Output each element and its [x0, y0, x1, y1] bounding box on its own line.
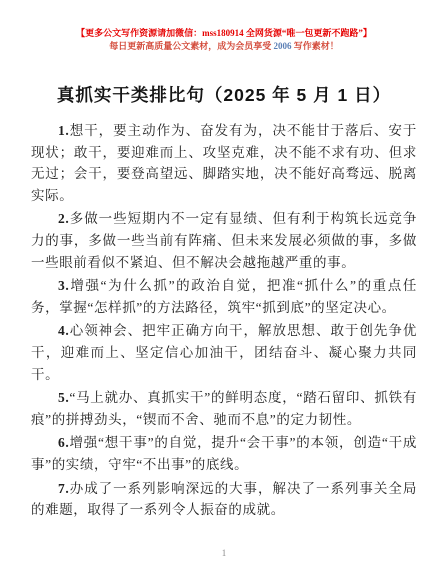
watermark-line2: 每日更新高质量公文素材，成为会员享受 2006 写作素材！: [0, 40, 448, 53]
paragraph-1-number: 1.: [58, 123, 69, 138]
paragraph-3-text: 增强“为什么抓”的政治自觉，把准“抓什么”的重点任务，掌握“怎样抓”的方法路径，…: [31, 278, 417, 315]
paragraph-6: 6.增强“想干事”的自觉，提升“会干事”的本领，创造“干成事”的实绩，守牢“不出…: [31, 432, 417, 475]
paragraph-7-number: 7.: [58, 481, 69, 496]
paragraph-4-text: 心领神会、把牢正确方向干，解放思想、敢于创先争优干，迎难而上、坚定信心加油干，团…: [31, 323, 417, 381]
paragraph-3-number: 3.: [58, 278, 69, 293]
watermark-line2-suffix: 写作素材！: [292, 41, 339, 51]
watermark-number: 2006: [274, 41, 292, 51]
paragraph-2-text: 多做一些短期内不一定有显绩、但有利于构筑长远竞争力的事，多做一些当前有阵痛、但未…: [31, 211, 417, 269]
paragraph-7: 7.办成了一系列影响深远的大事，解决了一系列事关全局的难题，取得了一系列令人振奋…: [31, 478, 417, 521]
paragraph-7-text: 办成了一系列影响深远的大事，解决了一系列事关全局的难题，取得了一系列令人振奋的成…: [31, 481, 417, 518]
document-body: 1.想干，要主动作为、奋发有为，决不能甘于落后、安于现状；敢干，要迎难而上、攻坚…: [0, 107, 448, 521]
watermark-line1: 【更多公文写作资源请加微信：mss180914 全网货源“唯一包更新不跑路”】: [0, 27, 448, 40]
paragraph-5-text: “马上就办、真抓实干”的鲜明态度，“踏石留印、抓铁有痕”的拼搏劲头，“锲而不舍、…: [31, 390, 417, 427]
watermark-header: 【更多公文写作资源请加微信：mss180914 全网货源“唯一包更新不跑路”】 …: [0, 0, 448, 53]
paragraph-1: 1.想干，要主动作为、奋发有为，决不能甘于落后、安于现状；敢干，要迎难而上、攻坚…: [31, 120, 417, 206]
watermark-line2-prefix: 每日更新高质量公文素材，成为会员享受: [109, 41, 273, 51]
document-page: 【更多公文写作资源请加微信：mss180914 全网货源“唯一包更新不跑路”】 …: [0, 0, 448, 580]
document-title: 真抓实干类排比句（2025 年 5 月 1 日）: [0, 82, 448, 107]
paragraph-5-number: 5.: [58, 390, 69, 405]
paragraph-1-text: 想干，要主动作为、奋发有为，决不能甘于落后、安于现状；敢干，要迎难而上、攻坚克难…: [31, 123, 417, 203]
paragraph-5: 5.“马上就办、真抓实干”的鲜明态度，“踏石留印、抓铁有痕”的拼搏劲头，“锲而不…: [31, 387, 417, 430]
paragraph-4-number: 4.: [58, 323, 69, 338]
paragraph-6-text: 增强“想干事”的自觉，提升“会干事”的本领，创造“干成事”的实绩，守牢“不出事”…: [31, 435, 417, 472]
paragraph-6-number: 6.: [58, 435, 69, 450]
paragraph-4: 4.心领神会、把牢正确方向干，解放思想、敢于创先争优干，迎难而上、坚定信心加油干…: [31, 320, 417, 385]
page-number: 1: [0, 548, 448, 558]
paragraph-3: 3.增强“为什么抓”的政治自觉，把准“抓什么”的重点任务，掌握“怎样抓”的方法路…: [31, 275, 417, 318]
paragraph-2-number: 2.: [58, 211, 69, 226]
paragraph-2: 2.多做一些短期内不一定有显绩、但有利于构筑长远竞争力的事，多做一些当前有阵痛、…: [31, 208, 417, 273]
